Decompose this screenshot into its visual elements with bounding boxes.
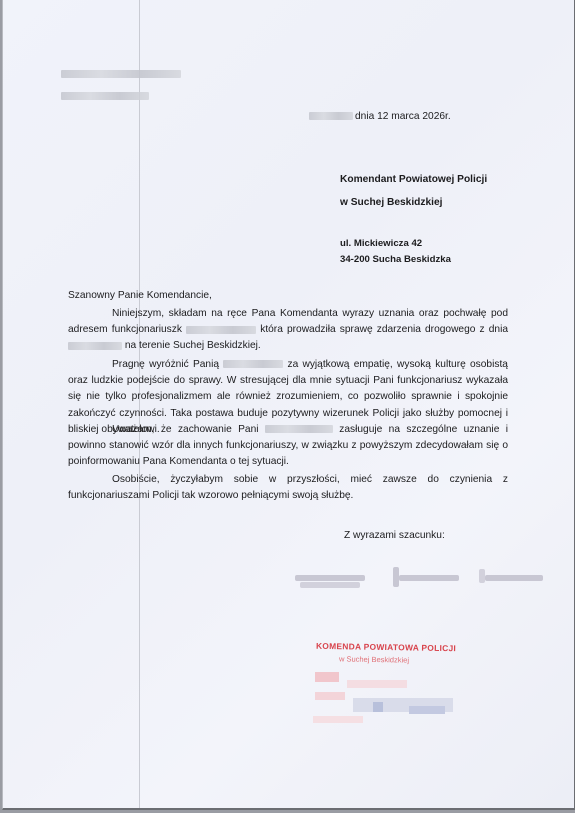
redacted-officer-name xyxy=(186,326,256,334)
paragraph-1: Niniejszym, składam na ręce Pana Komenda… xyxy=(68,306,508,355)
recipient-line2: w Suchej Beskidzkiej xyxy=(340,196,442,209)
redacted-place xyxy=(309,112,353,120)
salutation: Szanowny Panie Komendancie, xyxy=(68,289,212,302)
closing: Z wyrazami szacunku: xyxy=(344,529,445,542)
date-line: dnia 12 marca 2026r. xyxy=(309,110,451,123)
police-stamp-line2: w Suchej Beskidzkiej xyxy=(339,654,409,664)
redacted-signature xyxy=(295,565,555,589)
redacted-sender-address xyxy=(61,92,149,100)
sender-name xyxy=(61,68,181,81)
redacted-date xyxy=(68,342,122,350)
sender-address xyxy=(61,90,149,103)
paragraph-4: Osobiście, życzyłabym sobie w przyszłośc… xyxy=(68,472,508,504)
date-text: dnia 12 marca 2026r. xyxy=(355,111,451,122)
redacted-official-signature xyxy=(313,668,463,728)
paragraph-3: Uważam, że zachowanie Pani zasługuje na … xyxy=(68,422,508,471)
recipient-line1: Komendant Powiatowej Policji xyxy=(340,173,487,186)
redacted-sender-name xyxy=(61,70,181,78)
letter-page: dnia 12 marca 2026r. Komendant Powiatowe… xyxy=(2,0,575,810)
redacted-officer-name xyxy=(223,360,283,368)
recipient-city: 34-200 Sucha Beskidzka xyxy=(340,253,451,266)
redacted-officer-name xyxy=(265,425,333,433)
recipient-street: ul. Mickiewicza 42 xyxy=(340,237,422,250)
police-stamp-line1: KOMENDA POWIATOWA POLICJI xyxy=(316,641,456,653)
